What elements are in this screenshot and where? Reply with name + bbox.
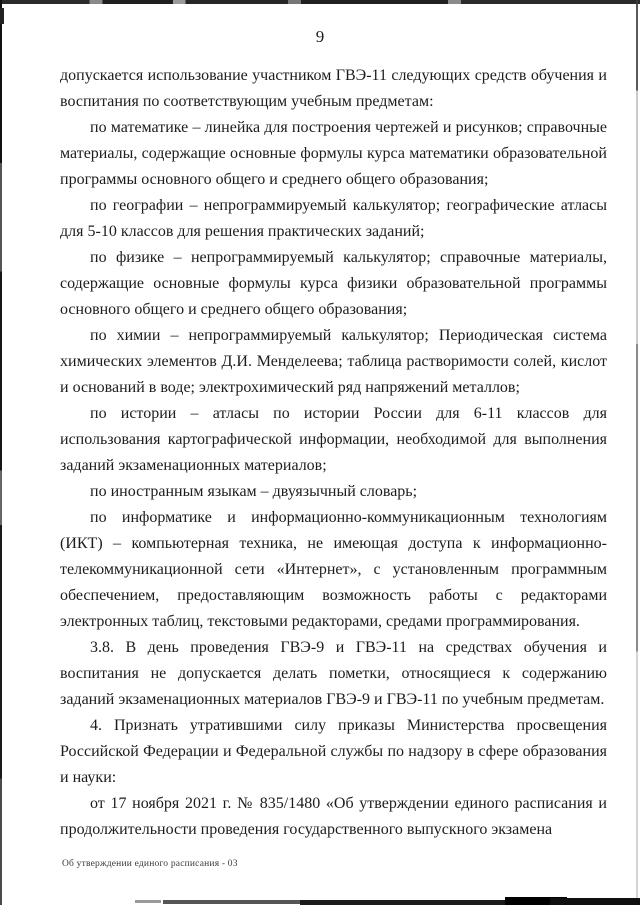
paragraph-foreign-languages: по иностранным языкам – двуязычный слова… bbox=[60, 479, 607, 505]
paragraph-history: по истории – атласы по истории России дл… bbox=[60, 401, 607, 479]
scan-artifact-segment bbox=[550, 898, 640, 905]
paragraph-intro-gve11-aids: допускается использование участником ГВЭ… bbox=[60, 63, 607, 115]
scan-artifact-segment bbox=[163, 900, 303, 904]
scan-artifact-bottom-band bbox=[0, 895, 640, 905]
scan-artifact-left-edge bbox=[0, 0, 2, 905]
scan-artifact-segment bbox=[505, 897, 567, 905]
paragraph-geography: по географии – непрограммируемый калькул… bbox=[60, 193, 607, 245]
paragraph-order-835-1480: от 17 ноября 2021 г. № 835/1480 «Об утве… bbox=[60, 791, 607, 843]
scan-artifact-right-edge bbox=[636, 0, 638, 905]
scan-artifact-segment bbox=[135, 900, 161, 903]
paragraph-physics: по физике – непрограммируемый калькулято… bbox=[60, 245, 607, 323]
paragraph-clause-4: 4. Признать утратившими силу приказы Мин… bbox=[60, 713, 607, 791]
scan-artifact-left-notch bbox=[0, 8, 4, 24]
scan-artifact-segment bbox=[300, 900, 640, 905]
paragraph-informatics-ikt: по информатике и информационно-коммуника… bbox=[60, 505, 607, 635]
scanned-document-page: 9 допускается использование участником Г… bbox=[0, 0, 640, 905]
document-body: допускается использование участником ГВЭ… bbox=[60, 63, 607, 843]
paragraph-chemistry: по химии – непрограммируемый калькулятор… bbox=[60, 323, 607, 401]
page-number: 9 bbox=[0, 27, 640, 47]
paragraph-mathematics: по математике – линейка для построения ч… bbox=[60, 115, 607, 193]
paragraph-clause-3-8: 3.8. В день проведения ГВЭ-9 и ГВЭ-11 на… bbox=[60, 635, 607, 713]
scan-artifact-top-band bbox=[0, 0, 640, 4]
footer-document-stamp: Об утверждении единого расписания - 03 bbox=[62, 859, 238, 869]
